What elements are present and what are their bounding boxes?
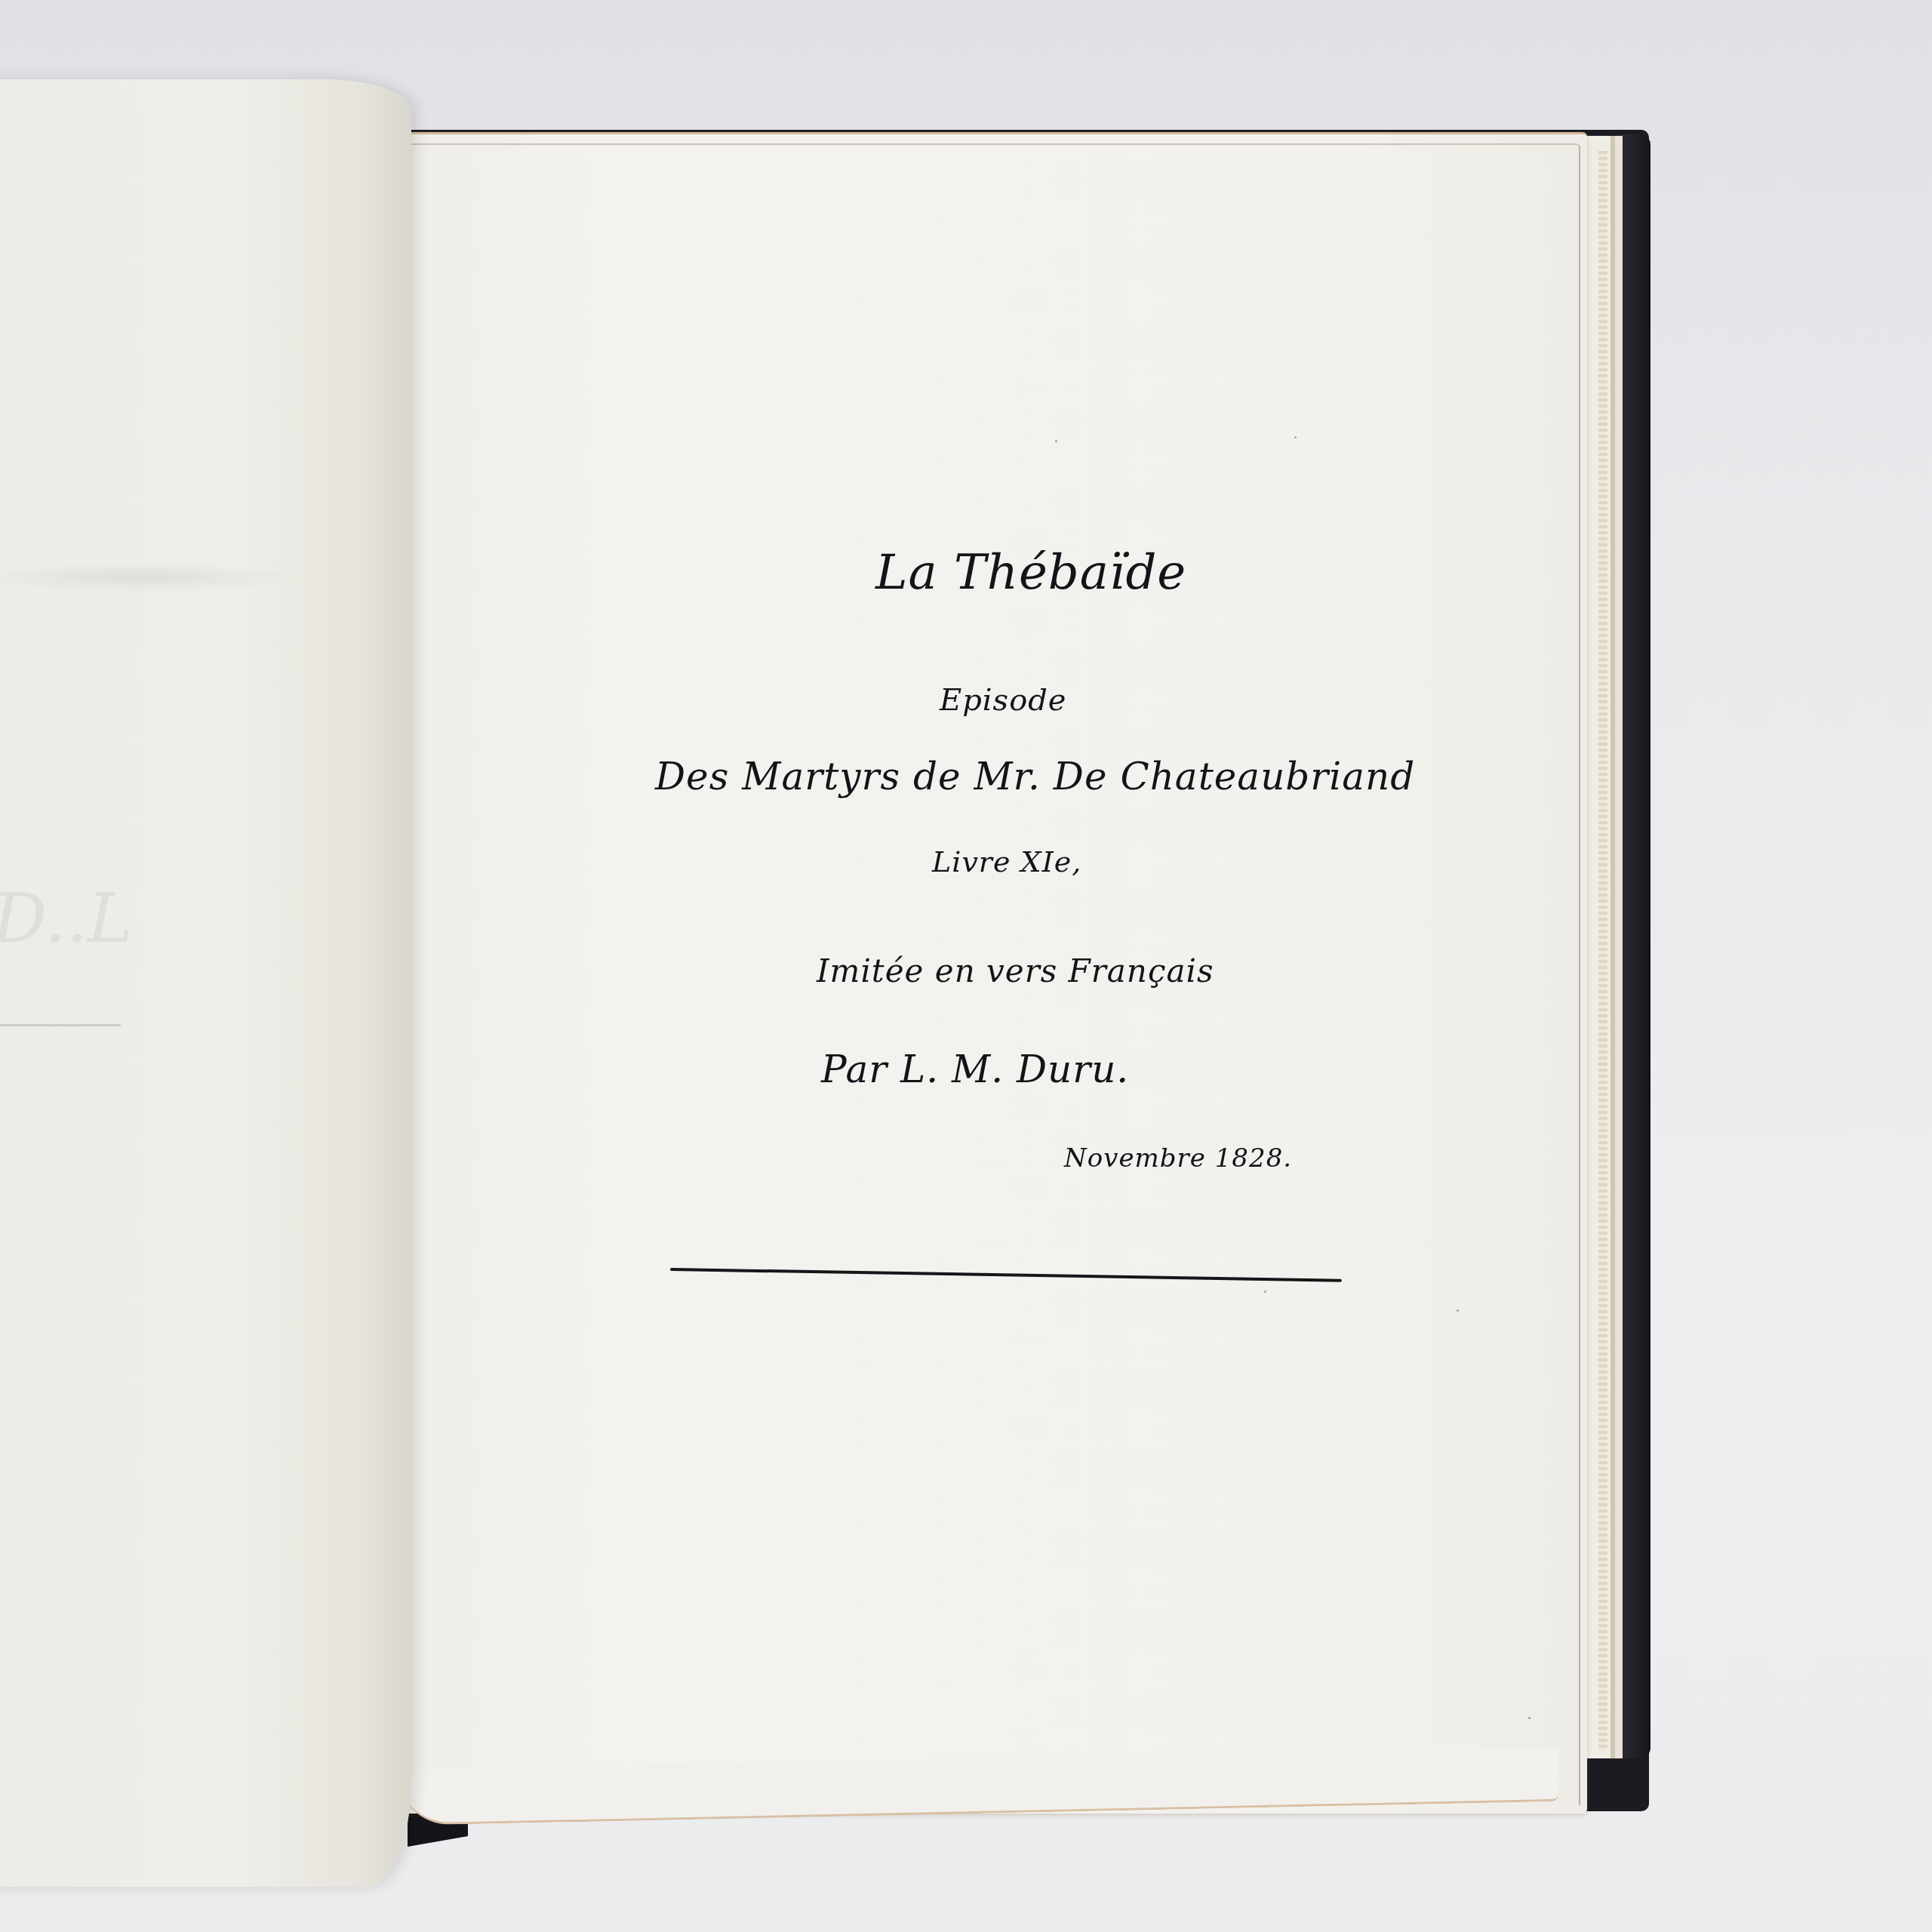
manuscript-book-number: Livre XIe, [932,845,1081,878]
manuscript-imitation-line: Imitée en vers Français [817,952,1214,989]
page-stack-edge [1598,151,1607,1751]
manuscript-title: La Thébaïde [875,545,1186,601]
foxing-speck [1055,440,1057,442]
manuscript-source-work: Des Martyrs de Mr. De Chateaubriand [655,755,1415,798]
manuscript-date: Novembre 1828. [1064,1143,1292,1174]
foxing-speck [1294,436,1297,438]
manuscript-episode-line: Episode [940,683,1066,718]
left-page: D..L [0,79,411,1887]
show-through-smudge [0,562,302,592]
foxing-speck [1457,1309,1459,1312]
manuscript-author: Par L. M. Duru. [821,1048,1129,1091]
foxing-speck [1528,1717,1531,1719]
show-through-text: D..L [0,879,133,958]
foxing-speck [1264,1291,1266,1293]
book-photo: D..L La Thébaïde Episode Des Martyrs de … [0,0,1932,1932]
show-through-rule [0,1024,121,1026]
